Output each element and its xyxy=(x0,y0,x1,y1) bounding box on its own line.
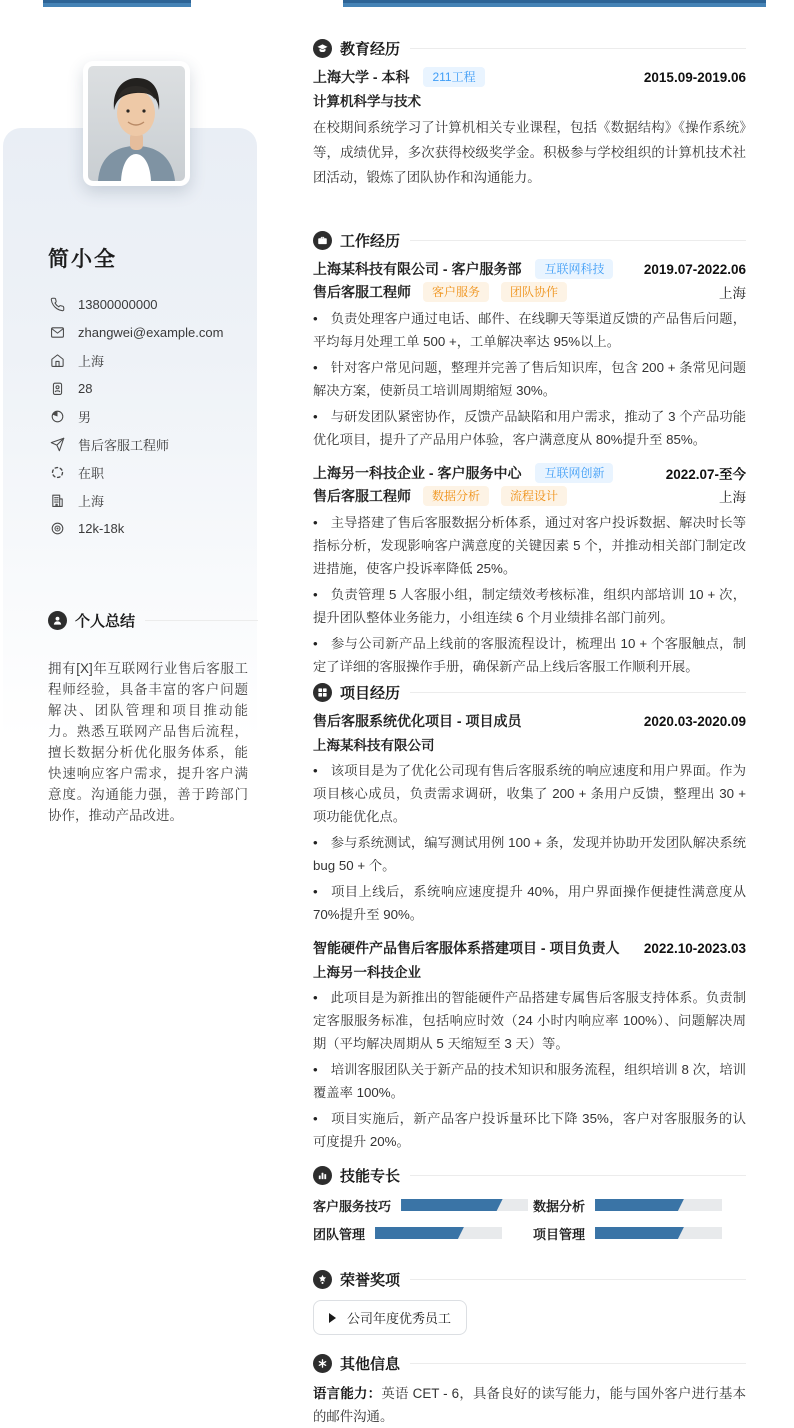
job-bullet: 参与公司新产品上线前的客服流程设计，梳理出 10 + 个客服触点，制定了详细的客… xyxy=(313,632,746,678)
skill-bar-fill xyxy=(595,1199,684,1211)
id-badge-icon xyxy=(50,381,65,396)
project-title-row: 售后客服系统优化项目 - 项目成员 2020.03-2020.09 xyxy=(313,711,746,731)
other-header: 其他信息 xyxy=(313,1353,746,1374)
project-company: 上海另一科技企业 xyxy=(313,961,746,980)
paper-plane-icon xyxy=(50,437,65,452)
graduation-cap-icon xyxy=(313,39,332,58)
education-date: 2015.09-2019.06 xyxy=(644,70,746,85)
job-company-row: 上海某科技有限公司 - 客户服务部 互联网科技 2019.07-2022.06 xyxy=(313,259,746,279)
job-bullet: 与研发团队紧密协作，反馈产品缺陷和用户需求，推动了 3 个产品功能优化项目，提升… xyxy=(313,405,746,451)
skill-item: 数据分析 xyxy=(533,1198,746,1212)
skill-bar-track xyxy=(595,1199,722,1211)
skills-section: 技能专长 客户服务技巧 数据分析 团队管理 项目管理 xyxy=(313,1165,746,1240)
job-bullet: 负责处理客户通过电话、邮件、在线聊天等渠道反馈的产品售后问题，平均每月处理工单 … xyxy=(313,307,746,353)
job-date: 2022.07-至今 xyxy=(666,463,746,483)
section-title: 项目经历 xyxy=(340,682,400,703)
section-title: 教育经历 xyxy=(340,38,400,59)
skill-label: 项目管理 xyxy=(533,1224,585,1243)
status-icon xyxy=(50,465,65,480)
divider xyxy=(410,1363,746,1364)
play-icon xyxy=(329,1313,336,1323)
avatar xyxy=(83,61,190,186)
job-role: 售后客服工程师 xyxy=(313,282,411,302)
job-date: 2019.07-2022.06 xyxy=(644,262,746,277)
skill-bar-track xyxy=(595,1227,722,1239)
project-bullet: 此项目是为新推出的智能硬件产品搭建专属售后客服支持体系。负责制定客服服务标准，包… xyxy=(313,986,746,1055)
project-bullet: 培训客服团队关于新产品的技术知识和服务流程，组织培训 8 次，培训覆盖率 100… xyxy=(313,1058,746,1104)
contact-value: 28 xyxy=(78,381,92,396)
project-name: 智能硬件产品售后客服体系搭建项目 - 项目负责人 xyxy=(313,938,619,958)
work-header: 工作经历 xyxy=(313,230,746,251)
honors-header: 荣誉奖项 xyxy=(313,1269,746,1290)
job-role-row: 售后客服工程师 数据分析 流程设计 上海 xyxy=(313,486,746,506)
contact-value: 上海 xyxy=(78,491,104,510)
skills-chart-icon xyxy=(313,1166,332,1185)
project-company: 上海某科技有限公司 xyxy=(313,734,746,753)
company-name: 上海另一科技企业 - 客户服务中心 xyxy=(313,463,521,483)
divider xyxy=(145,620,258,621)
project-bullet: 项目上线后，系统响应速度提升 40%，用户界面操作便捷性满意度从 70%提升至 … xyxy=(313,880,746,926)
skill-item: 客户服务技巧 xyxy=(313,1198,533,1212)
skill-tag: 客户服务 xyxy=(423,282,489,302)
skill-item: 团队管理 xyxy=(313,1226,533,1240)
job-role-row: 售后客服工程师 客户服务 团队协作 上海 xyxy=(313,282,746,302)
section-title: 其他信息 xyxy=(340,1353,400,1374)
divider xyxy=(410,692,746,693)
school-tag: 211工程 xyxy=(423,67,484,87)
education-entry-row: 上海大学 - 本科 211工程 2015.09-2019.06 xyxy=(313,67,746,87)
job-role: 售后客服工程师 xyxy=(313,486,411,506)
projects-section: 项目经历 售后客服系统优化项目 - 项目成员 2020.03-2020.09 上… xyxy=(313,682,746,1156)
job-location: 上海 xyxy=(719,282,746,302)
job-bullet: 针对客户常见问题，整理并完善了售后知识库，包含 200 + 条常见问题解决方案，… xyxy=(313,356,746,402)
honor-item-button[interactable]: 公司年度优秀员工 xyxy=(313,1300,467,1335)
project-grid-icon xyxy=(313,683,332,702)
project-date: 2020.03-2020.09 xyxy=(644,714,746,729)
building-icon xyxy=(50,493,65,508)
contact-salary: 12k-18k xyxy=(50,514,250,542)
project-title-row: 智能硬件产品售后客服体系搭建项目 - 项目负责人 2022.10-2023.03 xyxy=(313,938,746,958)
job-entry: 上海某科技有限公司 - 客户服务部 互联网科技 2019.07-2022.06 … xyxy=(313,259,746,451)
skill-tag: 流程设计 xyxy=(501,486,567,506)
contact-status: 在职 xyxy=(50,458,250,486)
honors-section: 荣誉奖项 公司年度优秀员工 xyxy=(313,1269,746,1335)
project-bullet: 项目实施后，新产品客户投诉量环比下降 35%，客户对客服服务的认可度提升 20%… xyxy=(313,1107,746,1153)
language-label: 语言能力： xyxy=(313,1386,381,1401)
job-bullet: 负责管理 5 人客服小组，制定绩效考核标准，组织内部培训 10 + 次，提升团队… xyxy=(313,583,746,629)
divider xyxy=(410,240,746,241)
contact-age: 28 xyxy=(50,374,250,402)
job-entry: 上海另一科技企业 - 客户服务中心 互联网创新 2022.07-至今 售后客服工… xyxy=(313,463,746,678)
project-bullet: 参与系统测试，编写测试用例 100 + 条，发现并协助开发团队解决系统 bug … xyxy=(313,831,746,877)
contact-value: zhangwei@example.com xyxy=(78,325,223,340)
job-company-row: 上海另一科技企业 - 客户服务中心 互联网创新 2022.07-至今 xyxy=(313,463,746,483)
section-title: 技能专长 xyxy=(340,1165,400,1186)
mail-icon xyxy=(50,325,65,340)
top-toolbar-bar-right[interactable] xyxy=(343,0,766,7)
industry-tag: 互联网创新 xyxy=(535,463,613,483)
contact-value: 13800000000 xyxy=(78,297,158,312)
section-title: 工作经历 xyxy=(340,230,400,251)
education-header: 教育经历 xyxy=(313,38,746,59)
industry-tag: 互联网科技 xyxy=(535,259,613,279)
contact-email: zhangwei@example.com xyxy=(50,318,250,346)
top-toolbar-bar-left[interactable] xyxy=(43,0,191,7)
project-name: 售后客服系统优化项目 - 项目成员 xyxy=(313,711,521,731)
divider xyxy=(410,1175,746,1176)
school-name: 上海大学 - 本科 xyxy=(313,67,409,87)
briefcase-icon xyxy=(313,231,332,250)
summary-title: 个人总结 xyxy=(75,610,135,631)
section-title: 荣誉奖项 xyxy=(340,1269,400,1290)
other-section: 其他信息 语言能力：英语 CET - 6，具备良好的读写能力，能与国外客户进行基… xyxy=(313,1353,746,1428)
skill-tag: 数据分析 xyxy=(423,486,489,506)
contact-city: 上海 xyxy=(50,346,250,374)
education-section: 教育经历 上海大学 - 本科 211工程 2015.09-2019.06 计算机… xyxy=(313,38,746,190)
contact-gender: 男 xyxy=(50,402,250,430)
honor-label: 公司年度优秀员工 xyxy=(347,1308,451,1327)
asterisk-badge-icon xyxy=(313,1354,332,1373)
contact-job-title: 售后客服工程师 xyxy=(50,430,250,458)
contact-value: 男 xyxy=(78,407,91,426)
contact-company-city: 上海 xyxy=(50,486,250,514)
contact-value: 售后客服工程师 xyxy=(78,435,169,454)
education-description: 在校期间系统学习了计算机相关专业课程，包括《数据结构》《操作系统》等，成绩优异，… xyxy=(313,115,746,190)
work-section: 工作经历 上海某科技有限公司 - 客户服务部 互联网科技 2019.07-202… xyxy=(313,230,746,681)
contact-value: 在职 xyxy=(78,463,104,482)
projects-header: 项目经历 xyxy=(313,682,746,703)
company-name: 上海某科技有限公司 - 客户服务部 xyxy=(313,259,521,279)
skill-bar-fill xyxy=(375,1227,464,1239)
phone-icon xyxy=(50,297,65,312)
skill-bar-track xyxy=(401,1199,528,1211)
skill-bar-fill xyxy=(401,1199,503,1211)
gender-icon xyxy=(50,409,65,424)
divider xyxy=(410,48,746,49)
home-icon xyxy=(50,353,65,368)
candidate-name: 简小全 xyxy=(48,243,117,273)
project-entry: 智能硬件产品售后客服体系搭建项目 - 项目负责人 2022.10-2023.03… xyxy=(313,938,746,1153)
contact-value: 上海 xyxy=(78,351,104,370)
project-bullet: 该项目是为了优化公司现有售后客服系统的响应速度和用户界面。作为项目核心成员，负责… xyxy=(313,759,746,828)
contact-list: 13800000000 zhangwei@example.com 上海 28 男… xyxy=(50,290,250,542)
contact-phone: 13800000000 xyxy=(50,290,250,318)
skills-header: 技能专长 xyxy=(313,1165,746,1186)
skill-bar-track xyxy=(375,1227,502,1239)
language-ability: 语言能力：英语 CET - 6，具备良好的读写能力，能与国外客户进行基本的邮件沟… xyxy=(313,1382,746,1428)
job-bullet: 主导搭建了售后客服数据分析体系，通过对客户投诉数据、解决时长等指标分析，发现影响… xyxy=(313,511,746,580)
divider xyxy=(410,1279,746,1280)
project-entry: 售后客服系统优化项目 - 项目成员 2020.03-2020.09 上海某科技有… xyxy=(313,711,746,926)
avatar-photo xyxy=(88,66,185,181)
summary-text: 拥有[X]年互联网行业售后客服工程师经验，具备丰富的客户问题解决、团队管理和项目… xyxy=(48,658,248,826)
major: 计算机科学与技术 xyxy=(313,90,746,109)
medal-icon xyxy=(313,1270,332,1289)
project-date: 2022.10-2023.03 xyxy=(644,941,746,956)
skill-bar-fill xyxy=(595,1227,684,1239)
summary-header: 个人总结 xyxy=(48,610,258,631)
skill-label: 团队管理 xyxy=(313,1224,365,1243)
target-icon xyxy=(50,521,65,536)
contact-value: 12k-18k xyxy=(78,521,124,536)
skill-label: 数据分析 xyxy=(533,1196,585,1215)
skill-label: 客户服务技巧 xyxy=(313,1196,391,1215)
skill-tag: 团队协作 xyxy=(501,282,567,302)
person-icon xyxy=(48,611,67,630)
skills-grid: 客户服务技巧 数据分析 团队管理 项目管理 xyxy=(313,1198,746,1240)
skill-item: 项目管理 xyxy=(533,1226,746,1240)
job-location: 上海 xyxy=(719,486,746,506)
